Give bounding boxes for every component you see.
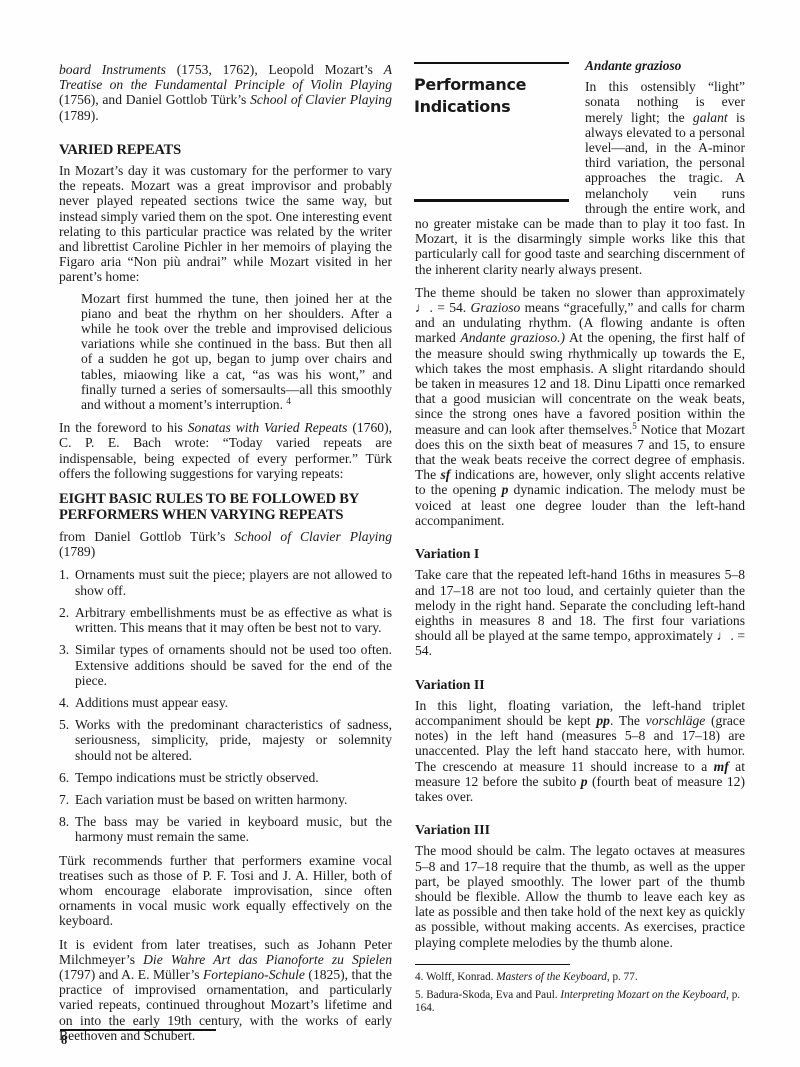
- variation-1-heading: Variation I: [415, 546, 745, 561]
- varied-repeats-heading: VARIED REPEATS: [59, 143, 392, 158]
- turk-paragraph: Türk recommends further that performers …: [59, 853, 392, 929]
- rules-source: from Daniel Gottlob Türk’s School of Cla…: [59, 529, 392, 559]
- footnote-ref: 4: [286, 396, 291, 406]
- rules-list: 1.Ornaments must suit the piece; players…: [59, 567, 392, 844]
- footnote-divider: [415, 964, 570, 965]
- list-item: 8.The bass may be varied in keyboard mus…: [59, 814, 392, 844]
- page-number: 8: [61, 1033, 67, 1048]
- variation-3-heading: Variation III: [415, 822, 745, 837]
- float-spacer: [415, 58, 585, 211]
- footnote: 4. Wolff, Konrad. Masters of the Keyboar…: [415, 971, 745, 984]
- list-item: 2.Arbitrary embellishments must be as ef…: [59, 605, 392, 635]
- evident-paragraph: It is evident from later treatises, such…: [59, 937, 392, 1043]
- intro-paragraph: board Instruments (1753, 1762), Leopold …: [59, 62, 392, 123]
- pichler-quote: Mozart first hummed the tune, then joine…: [81, 291, 392, 413]
- theme-paragraph: The theme should be taken no slower than…: [415, 285, 745, 528]
- list-item: 3.Similar types of ornaments should not …: [59, 642, 392, 688]
- dynamic-marking: pp: [596, 713, 610, 728]
- footnote: 5. Badura-Skoda, Eva and Paul. Interpret…: [415, 989, 745, 1015]
- variation-3-paragraph: The mood should be calm. The legato octa…: [415, 843, 745, 949]
- list-item: 6.Tempo indications must be strictly obs…: [59, 770, 392, 785]
- varied-repeats-paragraph: In Mozart’s day it was customary for the…: [59, 163, 392, 285]
- dynamic-marking: mf: [714, 759, 729, 774]
- list-item: 4.Additions must appear easy.: [59, 695, 392, 710]
- list-item: 7.Each variation must be based on writte…: [59, 792, 392, 807]
- rules-heading: EIGHT BASIC RULES TO BE FOLLOWED BY PERF…: [59, 491, 392, 523]
- left-column: board Instruments (1753, 1762), Leopold …: [59, 62, 392, 1043]
- variation-1-paragraph: Take care that the repeated left-hand 16…: [415, 567, 745, 658]
- variation-2-paragraph: In this light, floating variation, the l…: [415, 698, 745, 804]
- list-item: 5.Works with the predominant characteris…: [59, 717, 392, 763]
- dynamic-marking: p: [581, 774, 588, 789]
- foreword-paragraph: In the foreword to his Sonatas with Vari…: [59, 420, 392, 481]
- list-item: 1.Ornaments must suit the piece; players…: [59, 567, 392, 597]
- variation-2-heading: Variation II: [415, 677, 745, 692]
- dynamic-marking: sf: [440, 467, 450, 482]
- right-column: Andante grazioso In this ostensibly “lig…: [415, 58, 745, 1020]
- page-footer-divider: [60, 1029, 216, 1031]
